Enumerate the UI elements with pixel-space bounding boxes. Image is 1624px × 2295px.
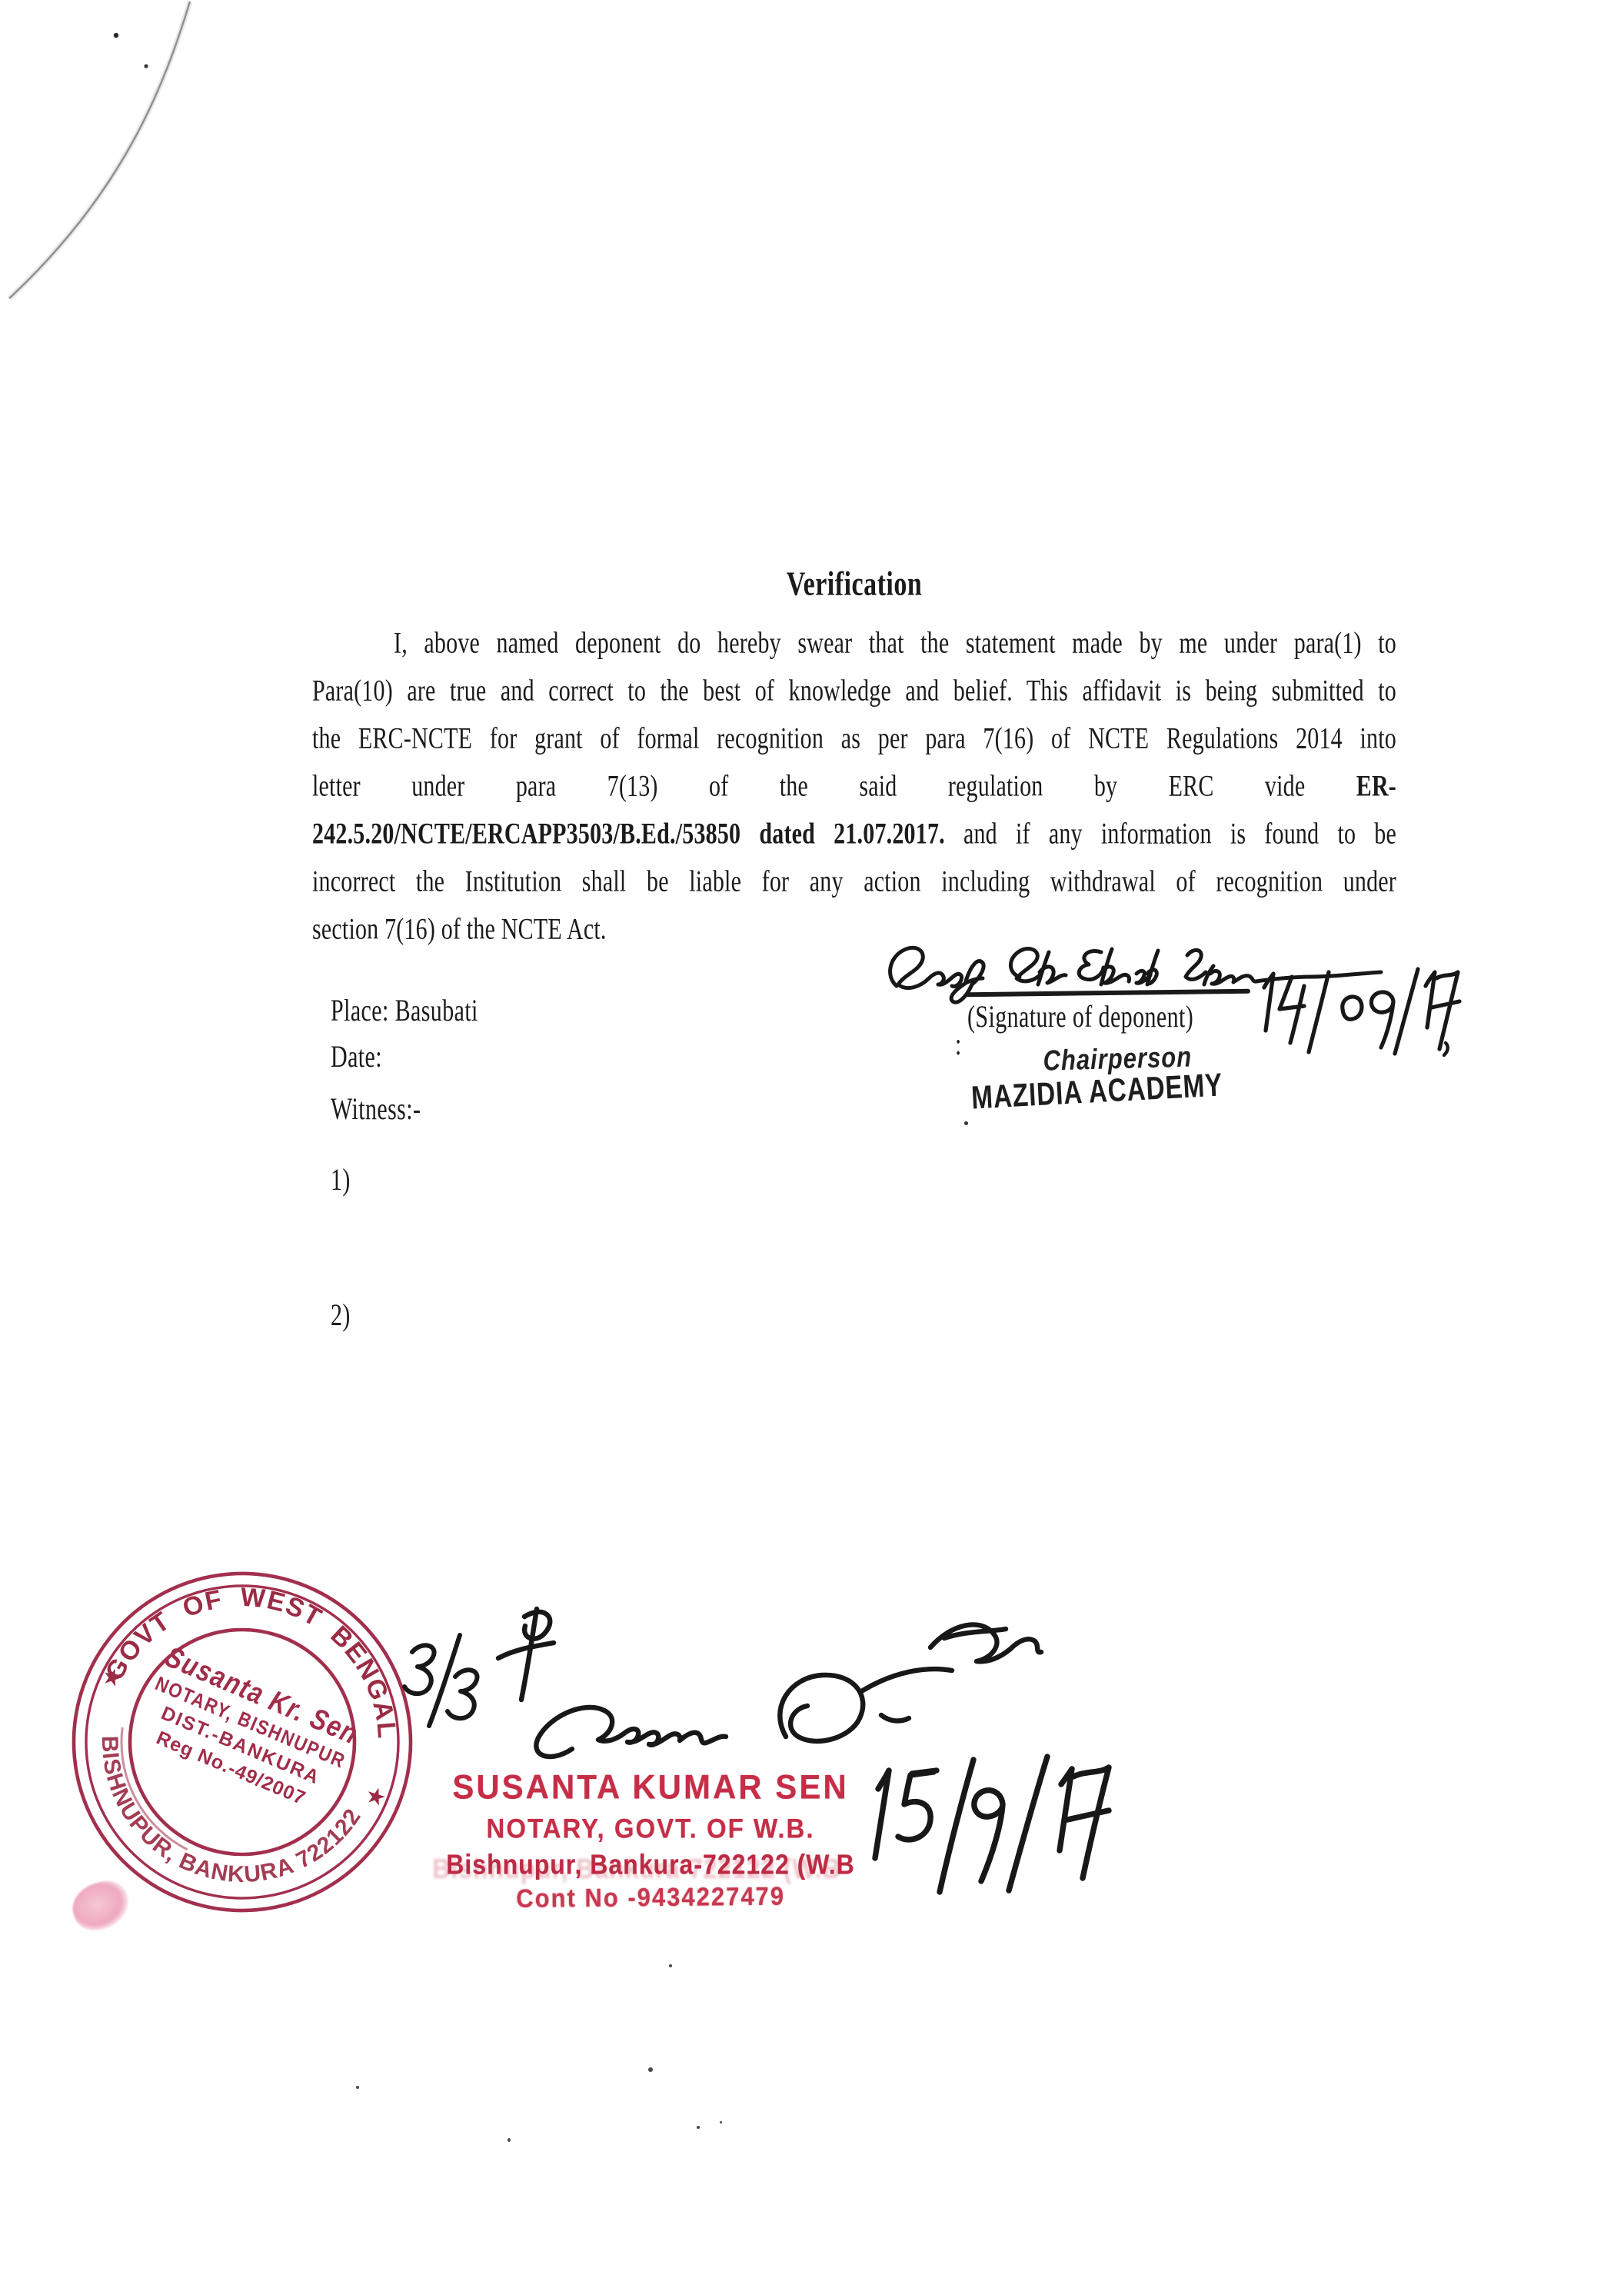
page-fold-line — [0, 0, 246, 323]
colon-mark: : — [955, 1028, 962, 1062]
paragraph-line: I, above named deponent do hereby swear … — [312, 620, 1396, 668]
witness-item-1: 1) — [331, 1163, 351, 1197]
scan-speck — [356, 2086, 359, 2089]
notary-date-script — [838, 1727, 1092, 1897]
paragraph-line: letter under para 7(13) of the said regu… — [312, 763, 1396, 811]
scan-speck — [720, 2121, 722, 2123]
scan-speck — [507, 2138, 511, 2142]
verification-paragraph: I, above named deponent do hereby swear … — [312, 620, 1396, 954]
paragraph-line: the ERC-NCTE for grant of formal recogni… — [312, 715, 1396, 763]
paragraph-line: 242.5.20/NCTE/ERCAPP3503/B.Ed./53850 dat… — [312, 811, 1396, 858]
place-line: Place: Basubati — [331, 994, 478, 1028]
signatory-organization: MAZIDIA ACADEMY — [970, 1067, 1223, 1117]
witness-item-2: 2) — [331, 1298, 351, 1333]
notary-round-seal: GOVT OF WEST BENGAL BISHNUPUR, BANKURA 7… — [65, 1564, 420, 1920]
deponent-date-script — [1244, 957, 1452, 1068]
page-title: Verification — [312, 566, 1396, 604]
notary-stamp-name: SUSANTA KUMAR SEN — [431, 1767, 870, 1807]
paragraph-line: Para(10) are true and correct to the bes… — [312, 668, 1396, 715]
notary-stamp-title: NOTARY, GOVT. OF W.B. — [431, 1813, 870, 1844]
date-line: Date: — [331, 1040, 382, 1074]
paragraph-line: incorrect the Institution shall be liabl… — [312, 858, 1396, 906]
scan-speck — [697, 2126, 700, 2129]
signature-caption: (Signature of deponent) — [967, 1000, 1193, 1034]
witness-label: Witness:- — [331, 1092, 421, 1127]
scan-speck — [648, 2067, 653, 2072]
notary-stamp-address: Bishnupur, Bankura-722122 (W.B — [431, 1849, 870, 1880]
notary-stamp-contact: Cont No -9434227479 — [431, 1880, 870, 1914]
notary-stamp-text: SUSANTA KUMAR SEN NOTARY, GOVT. OF W.B. … — [431, 1767, 870, 1910]
scan-speck — [669, 1964, 672, 1967]
affidavit-scan-page: Verification I, above named deponent do … — [0, 0, 1624, 2295]
ink-speck — [964, 1121, 968, 1125]
